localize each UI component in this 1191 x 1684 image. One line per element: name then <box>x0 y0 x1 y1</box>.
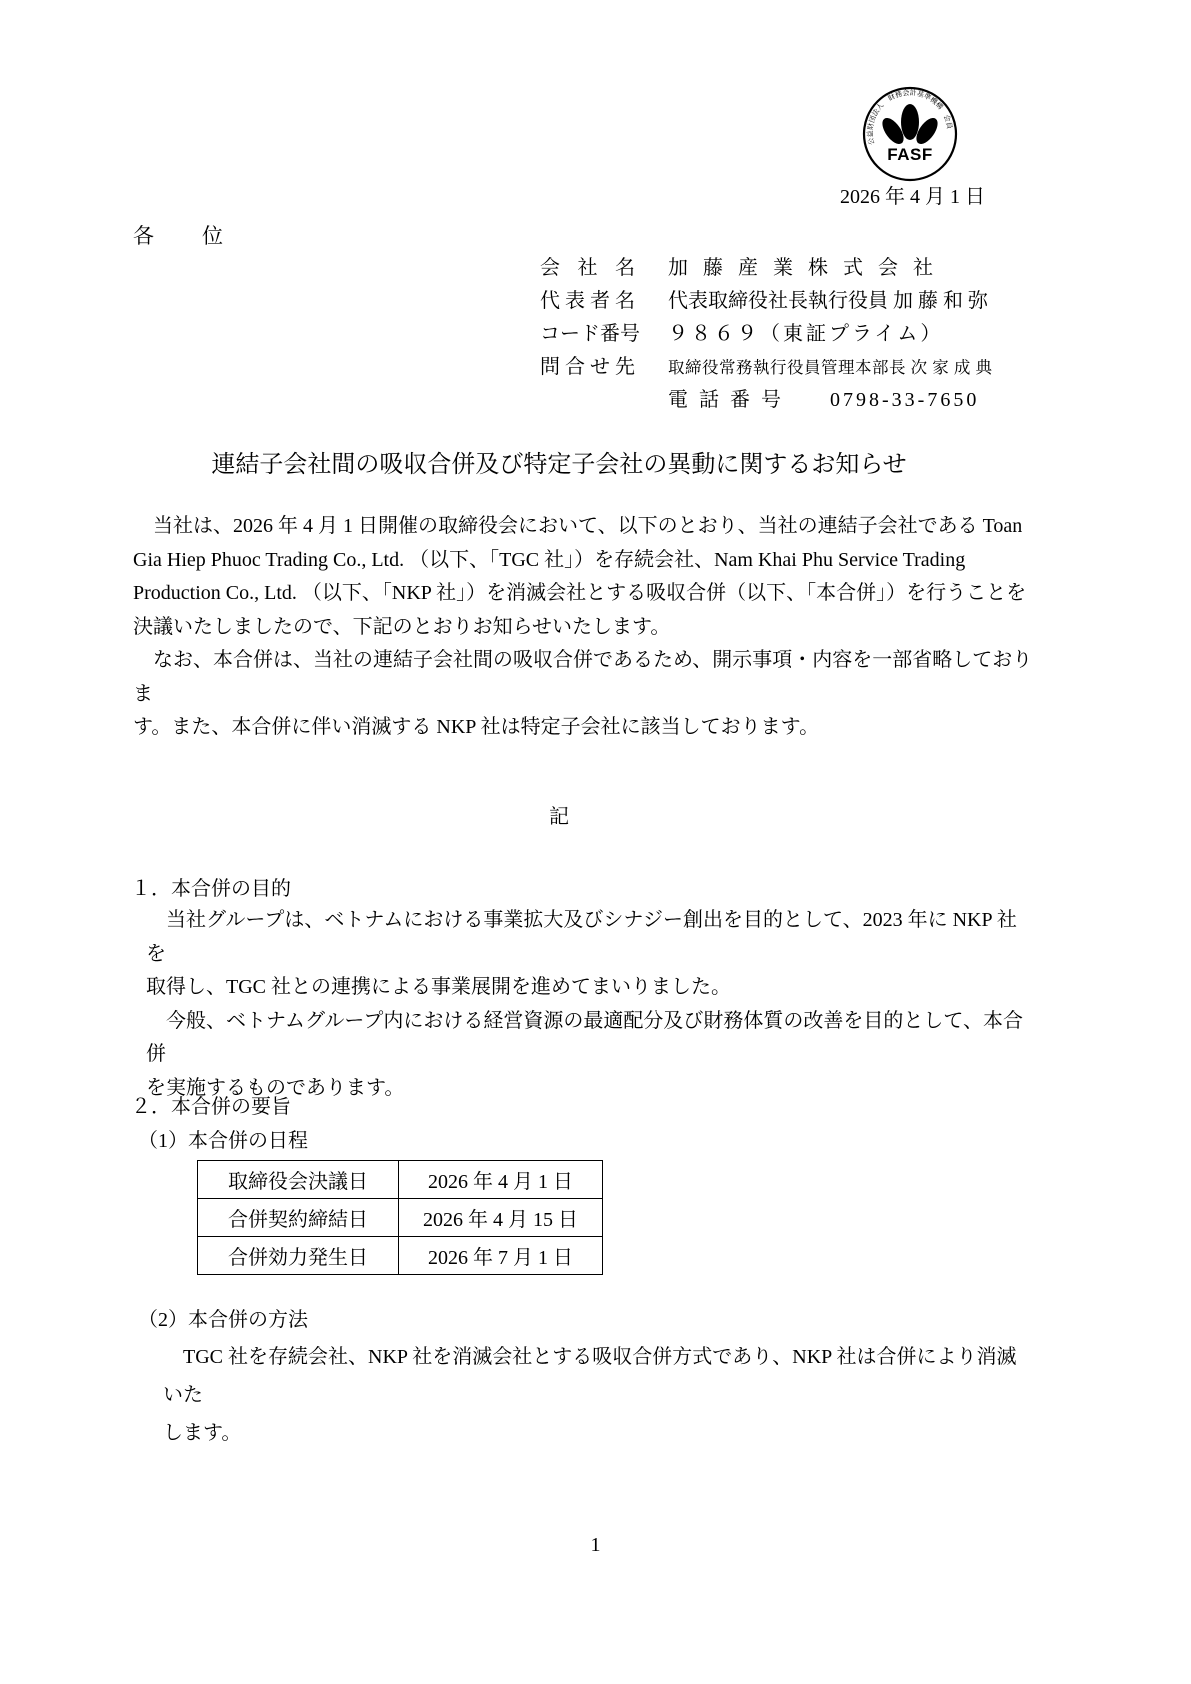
document-page: 公益財団法人 財務会計基準機構 会員 FASF 2026 年 4 月 1 日 各… <box>0 0 1191 1684</box>
phone-row: 電 話 番 号 0798-33-7650 <box>540 384 1020 417</box>
record-marker: 記 <box>133 800 985 829</box>
company-name-row: 会社名 加 藤 産 業 株 式 会 社 <box>540 252 1020 285</box>
company-info-block: 会社名 加 藤 産 業 株 式 会 社 代表者名 代表取締役社長執行役員 加 藤… <box>540 252 1020 417</box>
fasf-acronym: FASF <box>887 145 932 164</box>
company-name-value: 加 藤 産 業 株 式 会 社 <box>668 252 938 285</box>
schedule-item-date: 2026 年 7 月 1 日 <box>399 1237 603 1275</box>
contact-row: 問合せ先 取締役常務執行役員管理本部長 次 家 成 典 <box>540 351 1020 384</box>
intro-paragraph: 当社は、2026 年 4 月 1 日開催の取締役会において、以下のとおり、当社の… <box>133 510 1038 745</box>
schedule-item-date: 2026 年 4 月 1 日 <box>399 1161 603 1199</box>
representative-label: 代表者名 <box>540 285 635 318</box>
representative-row: 代表者名 代表取締役社長執行役員 加 藤 和 弥 <box>540 285 1020 318</box>
document-title: 連結子会社間の吸収合併及び特定子会社の異動に関するお知らせ <box>133 444 985 479</box>
code-number-row: コード番号 ９８６９（東証プライム） <box>540 318 1020 351</box>
section-1-heading: １．本合併の目的 <box>131 872 291 901</box>
contact-label: 問合せ先 <box>540 351 635 384</box>
table-row: 合併契約締結日 2026 年 4 月 15 日 <box>198 1199 603 1237</box>
company-name-label: 会社名 <box>540 252 635 285</box>
section-1-body: 当社グループは、ベトナムにおける事業拡大及びシナジー創出を目的として、2023 … <box>146 904 1036 1105</box>
schedule-item-label: 取締役会決議日 <box>198 1161 399 1199</box>
leaf-icon <box>878 104 941 148</box>
phone-label <box>540 384 635 417</box>
schedule-heading: （1）本合併の日程 <box>138 1124 308 1153</box>
schedule-item-label: 合併契約締結日 <box>198 1199 399 1237</box>
schedule-table: 取締役会決議日 2026 年 4 月 1 日 合併契約締結日 2026 年 4 … <box>197 1160 603 1275</box>
page-number: 1 <box>0 1534 1191 1557</box>
fasf-seal-icon: 公益財団法人 財務会計基準機構 会員 FASF <box>860 82 960 186</box>
schedule-item-label: 合併効力発生日 <box>198 1237 399 1275</box>
representative-value: 代表取締役社長執行役員 加 藤 和 弥 <box>668 285 988 318</box>
table-row: 合併効力発生日 2026 年 7 月 1 日 <box>198 1237 603 1275</box>
code-number-value: ９８６９（東証プライム） <box>668 318 943 351</box>
addressee: 各 位 <box>133 220 225 250</box>
contact-value: 取締役常務執行役員管理本部長 次 家 成 典 <box>668 351 993 384</box>
section-2-heading: ２．本合併の要旨 <box>131 1090 291 1119</box>
method-body: TGC 社を存続会社、NKP 社を消滅会社とする吸収合併方式であり、NKP 社は… <box>163 1338 1033 1452</box>
code-number-label: コード番号 <box>540 318 635 351</box>
method-heading: （2）本合併の方法 <box>138 1303 308 1332</box>
schedule-item-date: 2026 年 4 月 15 日 <box>399 1199 603 1237</box>
phone-value: 電 話 番 号 0798-33-7650 <box>668 384 979 417</box>
table-row: 取締役会決議日 2026 年 4 月 1 日 <box>198 1161 603 1199</box>
document-date: 2026 年 4 月 1 日 <box>133 182 985 212</box>
